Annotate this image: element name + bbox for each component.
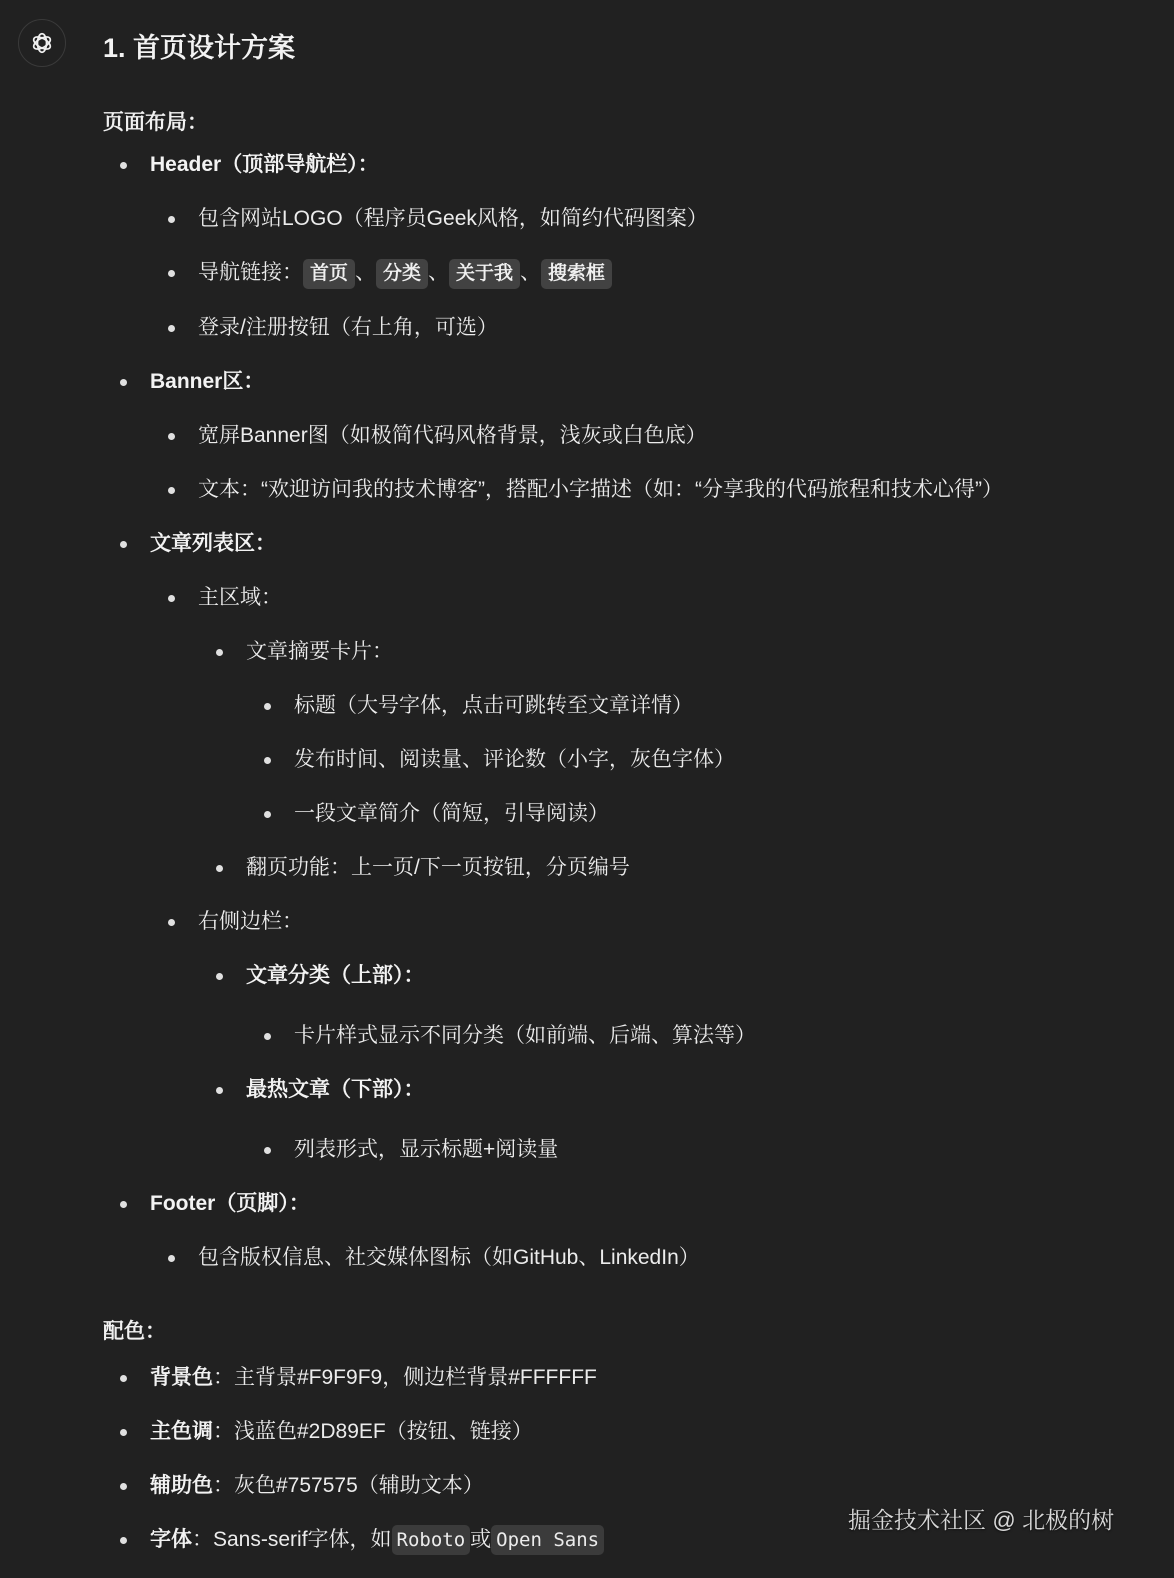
list-item: 登录/注册按钮（右上角，可选） — [198, 313, 1153, 343]
list-item-header: Header（顶部导航栏）： 包含网站LOGO（程序员Geek风格，如简约代码图… — [150, 150, 1153, 343]
list-item-primary-color: 主色调：浅蓝色#2D89EF（按钮、链接） — [150, 1417, 1153, 1447]
layout-list: Header（顶部导航栏）： 包含网站LOGO（程序员Geek风格，如简约代码图… — [103, 150, 1153, 1273]
inline-chip: 首页 — [303, 259, 355, 289]
list-item: 文本：“欢迎访问我的技术博客”，搭配小字描述（如：“分享我的代码旅程和技术心得”… — [198, 475, 1153, 505]
list-item: 发布时间、阅读量、评论数（小字，灰色字体） — [294, 745, 1153, 775]
assistant-message: 1. 首页设计方案 页面布局： Header（顶部导航栏）： 包含网站LOGO（… — [103, 28, 1153, 1555]
list-item: 一段文章简介（简短，引导阅读） — [294, 799, 1153, 829]
list-item-secondary-color: 辅助色：灰色#757575（辅助文本） — [150, 1471, 1153, 1501]
list-item-footer: Footer（页脚）： 包含版权信息、社交媒体图标（如GitHub、Linked… — [150, 1189, 1153, 1273]
list-item-banner: Banner区： 宽屏Banner图（如极简代码风格背景，浅灰或白色底） 文本：… — [150, 367, 1153, 505]
inline-code: Roboto — [392, 1525, 471, 1555]
list-item-categories: 文章分类（上部）： 卡片样式显示不同分类（如前端、后端、算法等） — [246, 961, 1153, 1051]
list-item: 包含版权信息、社交媒体图标（如GitHub、LinkedIn） — [198, 1243, 1153, 1273]
section-heading: 1. 首页设计方案 — [103, 28, 1153, 68]
list-item: 列表形式，显示标题+阅读量 — [294, 1135, 1153, 1165]
list-item: 包含网站LOGO（程序员Geek风格，如简约代码图案） — [198, 204, 1153, 234]
inline-code: Open Sans — [491, 1525, 604, 1555]
openai-logo-icon — [29, 30, 55, 56]
list-item: 卡片样式显示不同分类（如前端、后端、算法等） — [294, 1021, 1153, 1051]
list-item-summary-card: 文章摘要卡片： 标题（大号字体，点击可跳转至文章详情） 发布时间、阅读量、评论数… — [246, 637, 1153, 829]
list-item-nav-links: 导航链接：首页、分类、关于我、搜索框 — [198, 258, 1153, 289]
list-item-right-sidebar: 右侧边栏： 文章分类（上部）： 卡片样式显示不同分类（如前端、后端、算法等） 最… — [198, 907, 1153, 1165]
assistant-avatar — [18, 19, 66, 67]
color-label: 配色： — [103, 1317, 1153, 1347]
list-item-pagination: 翻页功能：上一页/下一页按钮，分页编号 — [246, 853, 1153, 883]
list-item-main-area: 主区域： 文章摘要卡片： 标题（大号字体，点击可跳转至文章详情） 发布时间、阅读… — [198, 583, 1153, 883]
inline-chip: 关于我 — [449, 259, 520, 289]
list-item: 标题（大号字体，点击可跳转至文章详情） — [294, 691, 1153, 721]
list-item: 宽屏Banner图（如极简代码风格背景，浅灰或白色底） — [198, 421, 1153, 451]
inline-chip: 分类 — [376, 259, 428, 289]
list-item-bg-color: 背景色：主背景#F9F9F9，侧边栏背景#FFFFFF — [150, 1363, 1153, 1393]
list-item-hot-articles: 最热文章（下部）： 列表形式，显示标题+阅读量 — [246, 1075, 1153, 1165]
inline-chip: 搜索框 — [541, 259, 612, 289]
list-item-article-list: 文章列表区： 主区域： 文章摘要卡片： 标题（大号字体，点击可跳转至文章详情） … — [150, 529, 1153, 1165]
layout-label: 页面布局： — [103, 108, 1153, 138]
watermark: 掘金技术社区 @ 北极的树 — [848, 1502, 1114, 1535]
